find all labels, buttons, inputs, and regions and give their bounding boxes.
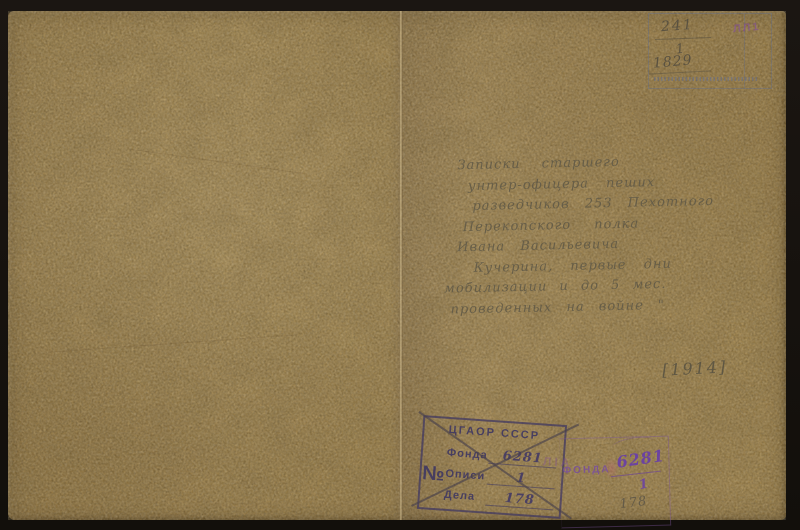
stamp-row-label: Дела — [444, 489, 487, 504]
number-sign: № — [421, 462, 447, 487]
handwritten-year: [1914] — [662, 357, 728, 379]
underline — [655, 37, 711, 40]
scanned-document: 241 1 1829 ЛЛ1 Записки старшего унтер-оф… — [0, 0, 800, 530]
fond-stamp: ФОНДА 6281 1 178 — [559, 436, 671, 529]
fond-stamp-label: ФОНДА — [563, 464, 611, 476]
illegible-stamp-line — [654, 77, 758, 81]
opis-number: 1 — [638, 477, 650, 494]
fold-seam — [399, 11, 403, 520]
archival-number-box: 241 1 1829 ЛЛ1 — [648, 13, 772, 89]
paper-crease — [48, 334, 297, 352]
paper-crease — [129, 148, 307, 174]
folder-cover-paper: 241 1 1829 ЛЛ1 Записки старшего унтер-оф… — [8, 11, 786, 520]
handwritten-title: Записки старшего унтер-офицера пеших раз… — [435, 149, 790, 320]
purple-corner-mark: ЛЛ1 — [733, 21, 762, 35]
delo-number: 178 — [619, 494, 649, 513]
old-number-year: 1829 — [652, 52, 693, 71]
old-number-top: 241 — [660, 17, 694, 35]
